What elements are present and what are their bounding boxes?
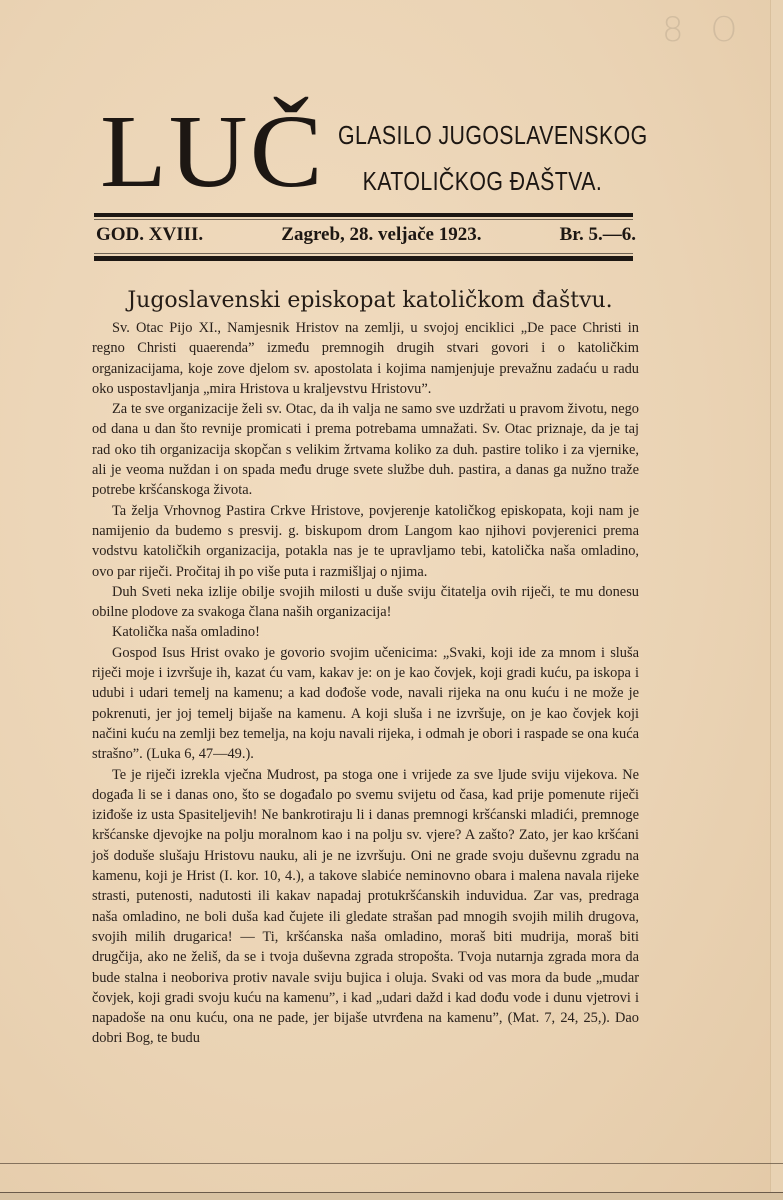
paragraph: Sv. Otac Pijo XI., Namjesnik Hristov na … <box>92 318 639 399</box>
masthead-title: LUČ <box>100 100 325 204</box>
issue-line: GOD. XVIII. Zagreb, 28. veljače 1923. Br… <box>96 224 636 250</box>
masthead-rule-top-thin <box>94 219 633 220</box>
masthead-subtitle-line2: KATOLIČKOG ĐAŠTVA. <box>338 158 584 204</box>
issue-year: GOD. XVIII. <box>96 224 203 250</box>
paragraph: Za te sve organizacije želi sv. Otac, da… <box>92 399 639 500</box>
newspaper-page: 8 O LUČ GLASILO JUGOSLAVENSKOG KATOLIČKO… <box>0 0 770 1200</box>
page-edge-bottom <box>0 1192 783 1200</box>
article-body: Sv. Otac Pijo XI., Namjesnik Hristov na … <box>92 318 639 1049</box>
issue-place-date: Zagreb, 28. veljače 1923. <box>281 224 481 250</box>
paragraph: Gospod Isus Hrist ovako je govorio svoji… <box>92 643 639 765</box>
page-edge-right <box>770 0 783 1200</box>
page-edge-bottom-line <box>0 1163 783 1164</box>
paragraph: Duh Sveti neka izlije obilje svojih milo… <box>92 582 639 623</box>
paragraph: Katolička naša omladino! <box>92 622 639 642</box>
masthead-subtitle-line1: GLASILO JUGOSLAVENSKOG <box>338 112 584 158</box>
masthead-rule-bottom <box>94 256 633 261</box>
pencil-margin-note: 8 O <box>662 10 745 50</box>
masthead-rule-bottom-thin <box>94 253 633 254</box>
masthead-rule-top <box>94 213 633 217</box>
paragraph: Ta želja Vrhovnog Pastira Crkve Hristove… <box>92 501 639 582</box>
paragraph: Te je riječi izrekla vječna Mudrost, pa … <box>92 765 639 1049</box>
issue-number: Br. 5.—6. <box>560 224 636 250</box>
article-title: Jugoslavenski episkopat katoličkom đaštv… <box>90 288 650 313</box>
masthead-subtitle: GLASILO JUGOSLAVENSKOG KATOLIČKOG ĐAŠTVA… <box>338 112 584 204</box>
